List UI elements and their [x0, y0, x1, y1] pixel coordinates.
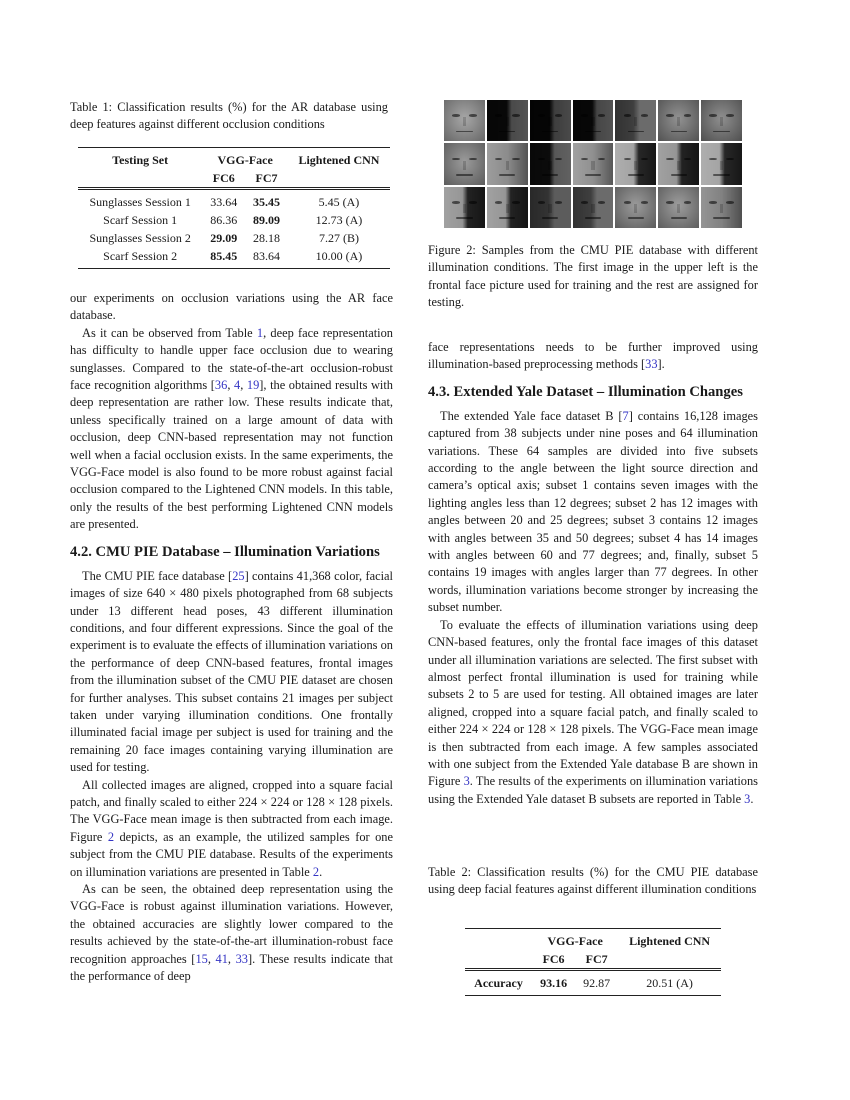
face-mouth-shape: [628, 131, 644, 133]
citation-link[interactable]: 41: [216, 952, 228, 966]
face-sample-image: [487, 187, 528, 228]
face-nose-shape: [548, 117, 551, 126]
face-nose-shape: [720, 117, 723, 126]
table1-cell-fc7: 28.18: [245, 229, 288, 247]
face-sample-image: [487, 100, 528, 141]
table2: VGG-Face Lightened CNN FC6 FC7 Accuracy …: [465, 928, 721, 996]
paragraph: To evaluate the effects of illumination …: [428, 617, 758, 808]
face-nose-shape: [677, 204, 680, 213]
citation-link[interactable]: 15: [195, 952, 207, 966]
right-column: face representations needs to be further…: [428, 339, 758, 808]
face-eye-shape: [684, 114, 691, 116]
table1-header-testing-set: Testing Set: [78, 148, 202, 170]
face-eye-shape: [684, 201, 691, 203]
section-heading-4-3: 4.3. Extended Yale Dataset – Illuminatio…: [428, 383, 758, 401]
table1-cell-set: Scarf Session 1: [78, 211, 202, 229]
table1-header-fc6: FC6: [202, 169, 245, 189]
face-mouth-shape: [542, 174, 558, 176]
face-eye-shape: [641, 158, 648, 160]
face-eye-shape: [726, 201, 733, 203]
table2-header-lightened-cnn: Lightened CNN: [618, 929, 721, 951]
table2-cell-fc6: 93.16: [540, 976, 567, 990]
face-eye-shape: [538, 114, 545, 116]
face-mouth-shape: [499, 131, 515, 133]
face-mouth-shape: [456, 174, 472, 176]
table2-header-fc6: FC6: [532, 950, 575, 970]
face-nose-shape: [677, 117, 680, 126]
face-sample-image: [615, 143, 656, 184]
table1-cell-fc7: 83.64: [245, 247, 288, 269]
table2-cell-fc7: 92.87: [575, 970, 618, 996]
paragraph: All collected images are aligned, croppe…: [70, 777, 393, 881]
figure2-caption: Figure 2: Samples from the CMU PIE datab…: [428, 242, 758, 312]
table1-cell-fc7: 35.45: [253, 195, 280, 209]
table1-cell-lcnn: 7.27 (B): [288, 229, 390, 247]
table2-caption: Table 2: Classification results (%) for …: [428, 864, 758, 899]
face-eye-shape: [641, 201, 648, 203]
face-eye-shape: [555, 158, 562, 160]
paragraph: As it can be observed from Table 1, deep…: [70, 325, 393, 534]
paragraph: our experiments on occlusion variations …: [70, 290, 393, 325]
face-eye-shape: [495, 201, 502, 203]
face-sample-image: [444, 143, 485, 184]
face-eye-shape: [666, 114, 673, 116]
face-nose-shape: [591, 204, 594, 213]
face-mouth-shape: [499, 217, 515, 219]
table2-cell-lcnn: 20.51 (A): [618, 970, 721, 996]
face-eye-shape: [581, 201, 588, 203]
face-mouth-shape: [713, 131, 729, 133]
face-eye-shape: [709, 114, 716, 116]
face-eye-shape: [512, 201, 519, 203]
face-mouth-shape: [456, 131, 472, 133]
paragraph: face representations needs to be further…: [428, 339, 758, 374]
face-eye-shape: [495, 158, 502, 160]
face-eye-shape: [452, 201, 459, 203]
face-mouth-shape: [713, 217, 729, 219]
table1-cell-lcnn: 12.73 (A): [288, 211, 390, 229]
face-nose-shape: [634, 117, 637, 126]
table1-cell-fc7: 89.09: [253, 213, 280, 227]
face-eye-shape: [641, 114, 648, 116]
table1-cell-fc6: 85.45: [210, 249, 237, 263]
face-eye-shape: [598, 201, 605, 203]
face-sample-image: [573, 187, 614, 228]
table-row: Scarf Session 2 85.45 83.64 10.00 (A): [78, 247, 390, 269]
face-nose-shape: [634, 204, 637, 213]
face-mouth-shape: [542, 217, 558, 219]
table1-cell-fc6: 86.36: [202, 211, 245, 229]
face-eye-shape: [624, 114, 631, 116]
table-row: Scarf Session 1 86.36 89.09 12.73 (A): [78, 211, 390, 229]
table1-cell-set: Sunglasses Session 1: [78, 189, 202, 212]
left-column: our experiments on occlusion variations …: [70, 290, 393, 985]
citation-link[interactable]: 36: [215, 378, 227, 392]
face-sample-image: [658, 143, 699, 184]
face-eye-shape: [598, 114, 605, 116]
face-nose-shape: [548, 161, 551, 170]
face-sample-image: [658, 187, 699, 228]
face-eye-shape: [538, 201, 545, 203]
face-sample-image: [573, 143, 614, 184]
figure2-face-grid: [444, 100, 742, 228]
face-nose-shape: [634, 161, 637, 170]
face-sample-image: [444, 187, 485, 228]
table1-cell-lcnn: 10.00 (A): [288, 247, 390, 269]
paragraph: The CMU PIE face database [25] contains …: [70, 568, 393, 777]
face-eye-shape: [495, 114, 502, 116]
table1-cell-set: Sunglasses Session 2: [78, 229, 202, 247]
face-eye-shape: [469, 114, 476, 116]
table1-cell-lcnn: 5.45 (A): [288, 189, 390, 212]
face-sample-image: [615, 187, 656, 228]
face-eye-shape: [452, 114, 459, 116]
face-eye-shape: [581, 158, 588, 160]
face-nose-shape: [720, 161, 723, 170]
face-mouth-shape: [713, 174, 729, 176]
table2-cell-label: Accuracy: [474, 976, 523, 990]
face-eye-shape: [469, 158, 476, 160]
citation-link[interactable]: 25: [232, 569, 244, 583]
face-sample-image: [701, 143, 742, 184]
table-row: Sunglasses Session 1 33.64 35.45 5.45 (A…: [78, 189, 390, 212]
citation-link[interactable]: 19: [247, 378, 259, 392]
face-eye-shape: [666, 201, 673, 203]
face-eye-shape: [555, 201, 562, 203]
face-nose-shape: [591, 161, 594, 170]
table1-caption: Table 1: Classification results (%) for …: [70, 99, 388, 134]
face-sample-image: [530, 100, 571, 141]
face-sample-image: [701, 100, 742, 141]
face-mouth-shape: [628, 174, 644, 176]
table1-header-vgg-face: VGG-Face: [202, 148, 288, 170]
paragraph: As can be seen, the obtained deep repres…: [70, 881, 393, 985]
face-eye-shape: [598, 158, 605, 160]
face-mouth-shape: [628, 217, 644, 219]
face-eye-shape: [709, 158, 716, 160]
table-row: Sunglasses Session 2 29.09 28.18 7.27 (B…: [78, 229, 390, 247]
face-mouth-shape: [585, 174, 601, 176]
face-sample-image: [701, 187, 742, 228]
face-eye-shape: [666, 158, 673, 160]
face-nose-shape: [463, 117, 466, 126]
table-row: Accuracy 93.16 92.87 20.51 (A): [465, 970, 721, 996]
face-eye-shape: [726, 114, 733, 116]
face-sample-image: [487, 143, 528, 184]
face-mouth-shape: [671, 217, 687, 219]
face-nose-shape: [463, 161, 466, 170]
face-mouth-shape: [671, 174, 687, 176]
face-eye-shape: [452, 158, 459, 160]
table1-cell-fc6: 33.64: [202, 189, 245, 212]
face-mouth-shape: [585, 131, 601, 133]
face-eye-shape: [555, 114, 562, 116]
face-eye-shape: [538, 158, 545, 160]
face-nose-shape: [506, 204, 509, 213]
face-eye-shape: [512, 114, 519, 116]
table2-header-vgg-face: VGG-Face: [532, 929, 618, 951]
face-sample-image: [530, 143, 571, 184]
face-sample-image: [530, 187, 571, 228]
citation-link[interactable]: 33: [645, 357, 657, 371]
face-eye-shape: [624, 158, 631, 160]
table1-cell-set: Scarf Session 2: [78, 247, 202, 269]
paragraph: The extended Yale face dataset B [7] con…: [428, 408, 758, 617]
face-eye-shape: [624, 201, 631, 203]
face-eye-shape: [709, 201, 716, 203]
face-mouth-shape: [671, 131, 687, 133]
table1-cell-fc6: 29.09: [210, 231, 237, 245]
face-nose-shape: [548, 204, 551, 213]
face-eye-shape: [581, 114, 588, 116]
face-nose-shape: [591, 117, 594, 126]
table1-header-fc7: FC7: [245, 169, 288, 189]
face-nose-shape: [720, 204, 723, 213]
face-mouth-shape: [542, 131, 558, 133]
face-sample-image: [573, 100, 614, 141]
face-mouth-shape: [456, 217, 472, 219]
face-eye-shape: [469, 201, 476, 203]
table1: Testing Set VGG-Face Lightened CNN FC6 F…: [78, 147, 390, 269]
section-heading-4-2: 4.2. CMU PIE Database – Illumination Var…: [70, 543, 393, 561]
face-sample-image: [658, 100, 699, 141]
face-nose-shape: [677, 161, 680, 170]
face-nose-shape: [506, 161, 509, 170]
face-sample-image: [615, 100, 656, 141]
table1-header-lightened-cnn: Lightened CNN: [288, 148, 390, 170]
face-eye-shape: [512, 158, 519, 160]
face-mouth-shape: [499, 174, 515, 176]
face-sample-image: [444, 100, 485, 141]
face-mouth-shape: [585, 217, 601, 219]
face-nose-shape: [506, 117, 509, 126]
face-eye-shape: [684, 158, 691, 160]
table2-header-fc7: FC7: [575, 950, 618, 970]
face-nose-shape: [463, 204, 466, 213]
citation-link[interactable]: 33: [236, 952, 248, 966]
face-eye-shape: [726, 158, 733, 160]
